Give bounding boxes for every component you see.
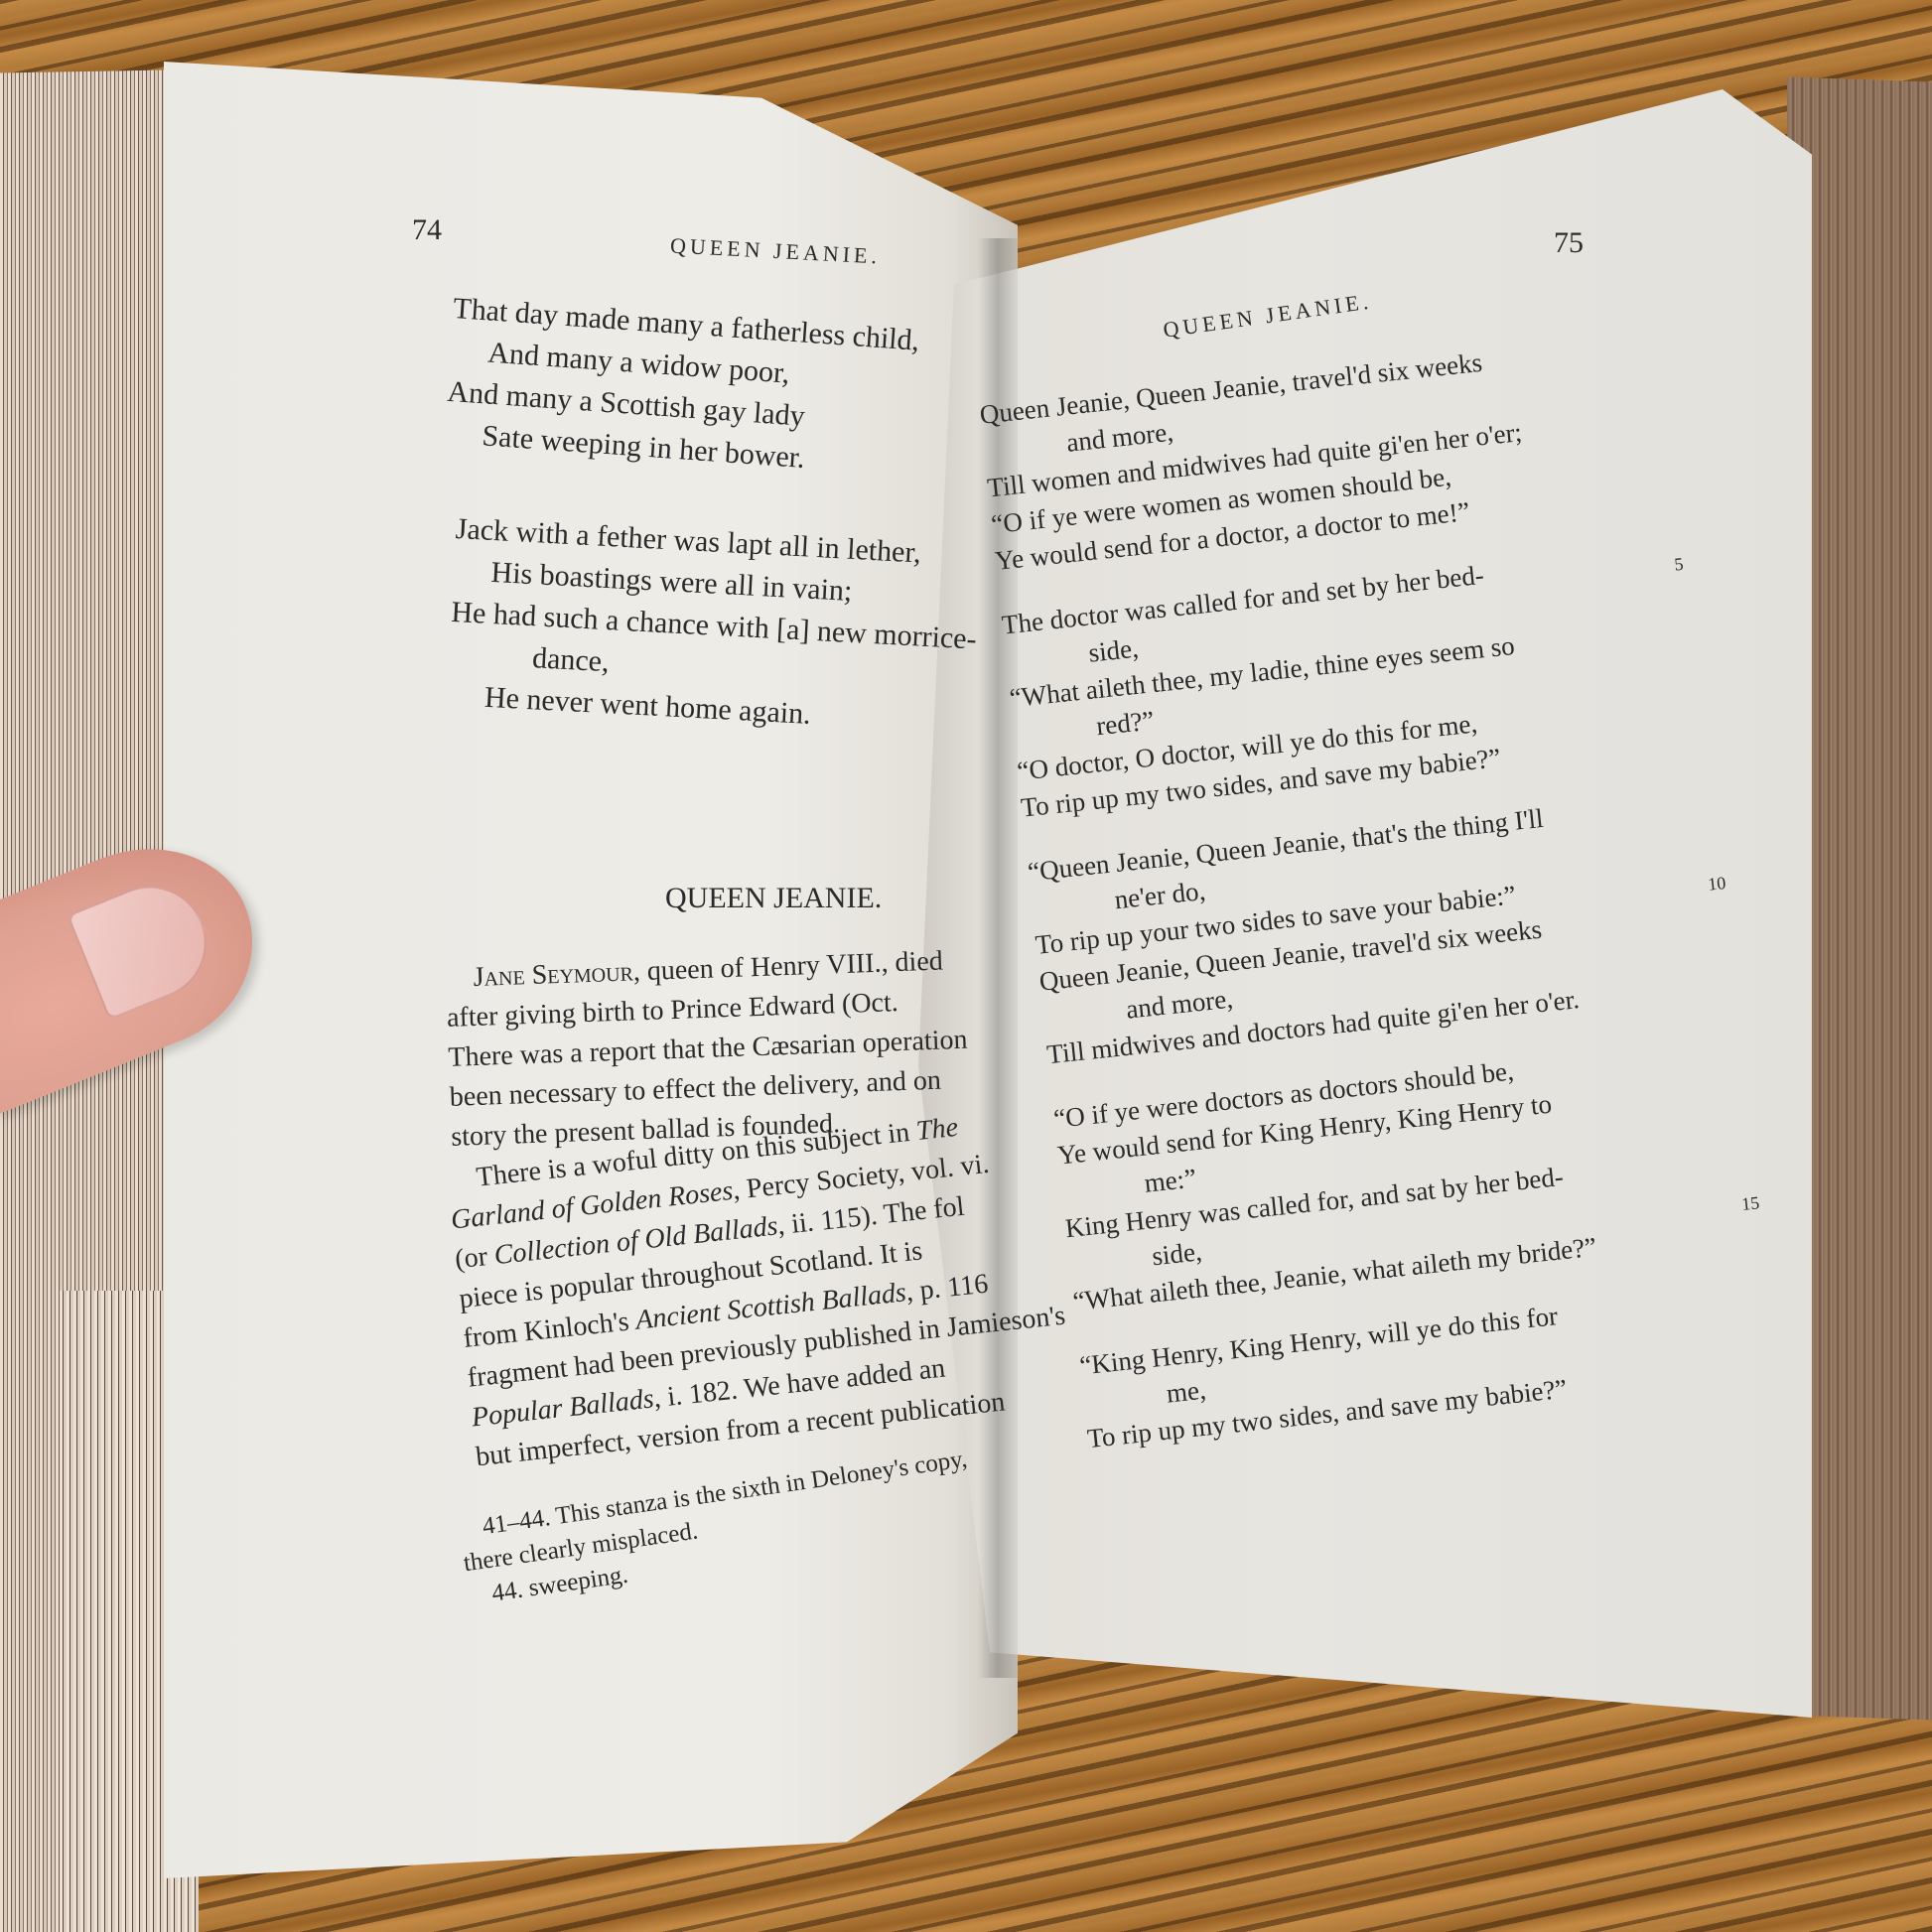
smallcaps-name: Jane Seymour	[473, 956, 633, 993]
left-verse-stanza-2: Jack with a fether was lapt all in lethe…	[446, 508, 982, 744]
right-verse: Queen Jeanie, Queen Jeanie, travel'd six…	[978, 341, 1623, 1457]
line-number: 15	[1739, 1184, 1761, 1223]
prose-text: , p. 116	[904, 1269, 990, 1309]
italic-title: The	[914, 1112, 959, 1147]
ballad-title: QUEEN JEANIE.	[665, 882, 882, 915]
line-number: 10	[1706, 865, 1727, 903]
left-page-number: 74	[412, 213, 442, 247]
left-verse-stanza-1: That day made many a fatherless child,An…	[443, 288, 920, 486]
thumbnail	[67, 869, 223, 1020]
prose-text: (or	[454, 1240, 496, 1275]
right-page-number: 75	[1554, 226, 1584, 260]
open-book: 74 QUEEN JEANIE. That day made many a fa…	[0, 0, 1932, 1932]
intro-paragraph-2: There is a woful ditty on this subject i…	[445, 1099, 1076, 1478]
